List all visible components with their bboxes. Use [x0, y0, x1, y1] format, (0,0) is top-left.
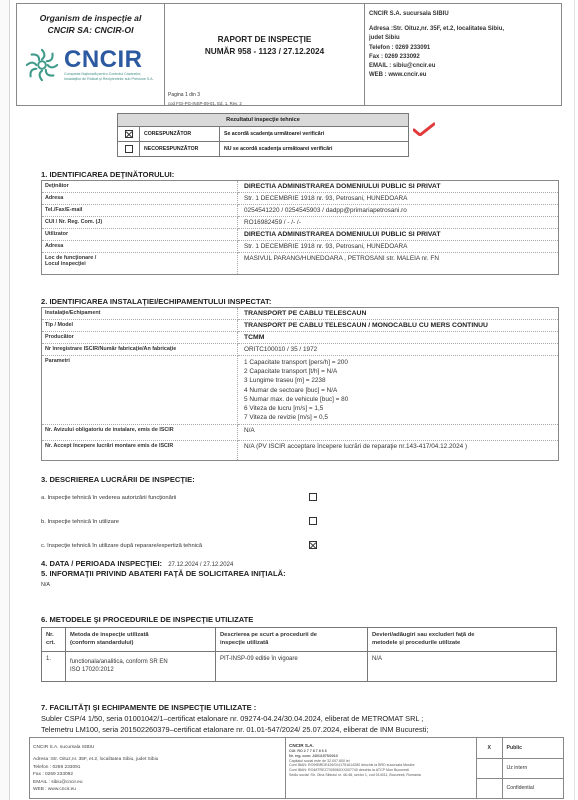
red-checkmark-icon: [413, 122, 435, 136]
section-5-title: 5. INFORMAŢII PRIVIND ABATERI FAŢĂ DE SO…: [41, 569, 286, 578]
equipment-table: Instalaţie/EchipamentTRANSPORT PE CABLU …: [41, 307, 559, 461]
methods-table-header: Nr.crt. Metoda de inspecţie utilizată(co…: [42, 628, 557, 652]
table-row: ProducătorTCMM: [42, 332, 559, 344]
page-edge-left: [0, 0, 10, 800]
footer-branch-block: CNCIR S.A. sucursala SIBIU Adresa :Str. …: [30, 738, 286, 798]
table-row: Nr. Avizului obligatoriu de instalare, e…: [42, 425, 559, 441]
header-title-block: RAPORT DE INSPECŢIE NUMĂR 958 - 1123 / 2…: [165, 4, 365, 105]
report-header: Organism de inspecţie al CNCIR SA: CNCIR…: [16, 3, 562, 106]
header-org-block: Organism de inspecţie al CNCIR SA: CNCIR…: [17, 4, 165, 105]
table-row: UtilizatorDIRECTIA ADMINISTRAREA DOMENIU…: [42, 229, 559, 241]
section-4: 4. DATA / PERIOADA INSPECŢIEI: 27.12.202…: [41, 559, 233, 568]
inspection-result-table: Rezultatul inspecţie tehnice CORESPUNZĂT…: [117, 113, 409, 157]
org-title: Organism de inspecţie al CNCIR SA: CNCIR…: [17, 12, 164, 36]
section-1-title: 1. IDENTIFICAREA DEŢINĂTORULUI:: [41, 170, 174, 179]
cncir-swirl-logo-icon: [23, 46, 61, 84]
header-web: WEB : www.cncir.eu: [369, 71, 561, 80]
table-row: Tel./Fax/E-mail0254541220 / 0254545903 /…: [42, 205, 559, 217]
table-row: DeţinătorDIRECTIA ADMINISTRAREA DOMENIUL…: [42, 181, 559, 193]
table-row: 1. functionala/analitica, conform SR ENI…: [42, 651, 557, 681]
section-5-value: N/A: [41, 582, 50, 588]
inspection-type-a-checkbox[interactable]: [309, 493, 317, 501]
inspection-type-c: c. Inspecţie tehnică în utilizare după r…: [41, 543, 202, 549]
result-checkbox-fail[interactable]: [125, 145, 133, 153]
result-table-title: Rezultatul inspecţie tehnice: [118, 114, 409, 127]
section-7-title: 7. FACILITĂŢI ŞI ECHIPAMENTE DE INSPECŢI…: [41, 702, 428, 713]
inspection-type-b: b. Inspecţie tehnică în utilizare: [41, 519, 119, 525]
header-email: EMAIL : sibiu@cncir.eu: [369, 62, 561, 71]
table-row: Nr înregistrare ISCIR/Număr fabricaţie/A…: [42, 344, 559, 356]
page-footer: CNCIR S.A. sucursala SIBIU Adresa :Str. …: [29, 737, 564, 799]
equipment-line: Telemetru LM100, seria 201502260379–cert…: [41, 724, 428, 735]
section-3-title: 3. DESCRIEREA LUCRĂRII DE INSPECŢIE:: [41, 475, 195, 484]
inspection-dates: 27.12.2024 / 27.12.2024: [168, 562, 233, 568]
table-row: Nr. Accept începere lucrări montare emis…: [42, 441, 559, 461]
inspection-type-b-checkbox[interactable]: [309, 517, 317, 525]
document-page: Organism de inspecţie al CNCIR SA: CNCIR…: [0, 0, 578, 800]
table-row: Instalaţie/EchipamentTRANSPORT PE CABLU …: [42, 308, 559, 320]
table-row: Parametri 1 Capacitate transport [pers/h…: [42, 356, 559, 425]
parameters-list: 1 Capacitate transport [pers/h] = 200 2 …: [238, 356, 559, 425]
logo-brand: CNCIR: [64, 48, 154, 72]
section-7: 7. FACILITĂŢI ŞI ECHIPAMENTE DE INSPECŢI…: [41, 702, 428, 735]
result-row-fail: NECORESPUNZĂTOR NU se acordă scadenţa ur…: [118, 142, 409, 157]
cncir-logo: CNCIR Compania Naţională pentru Controlu…: [23, 46, 164, 84]
page-edge-right: [574, 0, 578, 800]
inspection-type-c-checkbox[interactable]: [309, 541, 317, 549]
document-code: cod FGI-PG-INSP-09-01, Ed. 1, Rev. 2: [168, 101, 242, 106]
methods-table: Nr.crt. Metoda de inspecţie utilizată(co…: [41, 627, 557, 682]
classification-block: XPublic Uz intern Confidential: [476, 738, 563, 798]
equipment-line: Subler CSP/4 1/50, seria 01001042/1–cert…: [41, 713, 428, 724]
classification-table: XPublic Uz intern Confidential: [477, 738, 563, 798]
owner-table: DeţinătorDIRECTIA ADMINISTRAREA DOMENIUL…: [41, 180, 559, 275]
footer-company-block: CNCIR S.A. CUI: RO 2 7 7 8 7 8 6 6 Nr. r…: [286, 738, 476, 798]
table-row: Loc de funcţionare /Locul inspecţieiMASI…: [42, 253, 559, 275]
result-row-pass: CORESPUNZĂTOR Se acordă scadenţa următoa…: [118, 127, 409, 142]
table-row: AdresaStr. 1 DECEMBRIE 1918 nr. 93, Petr…: [42, 241, 559, 253]
table-row: Tip / ModelTRANSPORT PE CABLU TELESCAUN …: [42, 320, 559, 332]
section-6-title: 6. METODELE ŞI PROCEDURILE DE INSPECŢIE …: [41, 615, 253, 624]
inspection-type-a: a. Inspecţie tehnică în vederea autoriză…: [41, 495, 176, 501]
result-checkbox-pass[interactable]: [125, 130, 133, 138]
section-2-title: 2. IDENTIFICAREA INSTALAŢIEI/ECHIPAMENTU…: [41, 297, 271, 306]
header-contact-block: CNCIR S.A. sucursala SIBIU Adresa :Str. …: [365, 4, 561, 105]
table-row: CUI / Nr. Reg. Com. (J)RO16982459 / - /-…: [42, 217, 559, 229]
report-title: RAPORT DE INSPECŢIE NUMĂR 958 - 1123 / 2…: [165, 34, 364, 58]
page-number: Pagina 1 din 3: [168, 92, 200, 98]
table-row: AdresaStr. 1 DECEMBRIE 1918 nr. 93, Petr…: [42, 193, 559, 205]
